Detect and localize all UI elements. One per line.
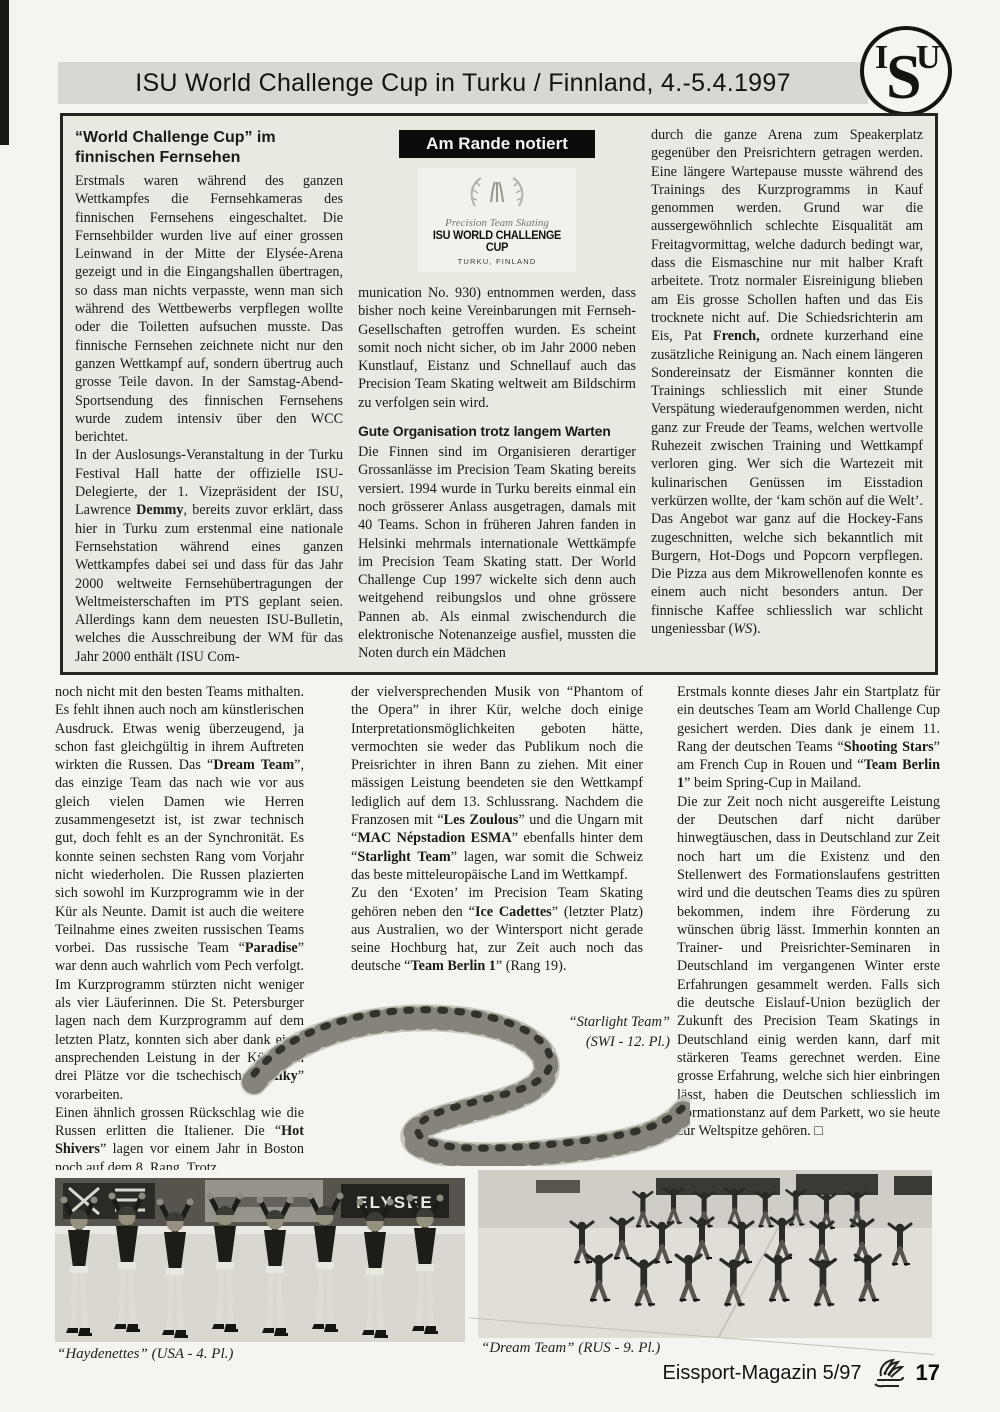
logo-title-text: ISU WORLD CHALLENGE CUP <box>426 230 569 254</box>
notebox-subheading: Gute Organisation trotz langem Warten <box>358 424 636 439</box>
skate-logo-icon <box>871 1358 907 1388</box>
paragraph: durch die ganze Arena zum Speakerplatz g… <box>651 126 923 638</box>
page-title: ISU World Challenge Cup in Turku / Finnl… <box>135 69 791 98</box>
caption-line: (SWI - 12. Pl.) <box>528 1032 670 1052</box>
page-footer: Eissport-Magazin 5/97 17 <box>540 1358 940 1388</box>
article-column-2: der vielversprechenden Musik von “Phanto… <box>351 683 643 1015</box>
paragraph: Erstmals konnte dieses Jahr ein Startpla… <box>651 683 940 793</box>
paragraph: der vielversprechenden Musik von “Phanto… <box>351 683 643 884</box>
paragraph: Die zur Zeit noch nicht ausgereifte Leis… <box>651 793 940 1141</box>
notebox-column-right: durch die ganze Arena zum Speakerplatz g… <box>651 126 923 662</box>
paragraph: munication No. 930) entnommen werden, da… <box>358 284 636 412</box>
logo-script-text: Precision Team Skating <box>422 217 572 229</box>
am-rande-notiert-banner: Am Rande notiert <box>399 130 595 158</box>
svg-text:U: U <box>916 39 941 76</box>
paragraph: Die Finnen sind im Organisieren derartig… <box>358 443 636 662</box>
page-header-bar: ISU World Challenge Cup in Turku / Finnl… <box>58 62 868 104</box>
page-number: 17 <box>916 1360 940 1386</box>
event-logo: Precision Team Skating ISU WORLD CHALLEN… <box>418 168 576 272</box>
article-column-3: Erstmals konnte dieses Jahr ein Startpla… <box>651 683 940 1155</box>
logo-location-text: TURKU, FINLAND <box>422 257 572 266</box>
magazine-page: ISU World Challenge Cup in Turku / Finnl… <box>0 0 1000 1412</box>
haydenettes-photo: ELYSEE <box>55 1178 465 1342</box>
isu-logo-icon: I S U <box>858 24 954 118</box>
magazine-name: Eissport-Magazin 5/97 <box>663 1362 862 1385</box>
notebox-heading: “World Challenge Cup” im finnischen Fern… <box>75 128 343 168</box>
caption-line: “Starlight Team” <box>528 1012 670 1032</box>
note-box: “World Challenge Cup” im finnischen Fern… <box>60 113 938 675</box>
paragraph: In der Auslosungs-Veranstaltung in der T… <box>75 446 343 662</box>
laurel-wreath-icon <box>465 176 529 210</box>
starlight-caption: “Starlight Team” (SWI - 12. Pl.) <box>528 1012 670 1052</box>
notebox-column-center: Am Rande notiert Precision Team Skating … <box>358 126 636 662</box>
paragraph: Zu den ‘Exoten’ im Precision Team Skatin… <box>351 884 643 975</box>
dream-team-caption: “Dream Team” (RUS - 9. Pl.) <box>481 1340 660 1357</box>
paragraph: Erstmals waren während des ganzen Wettka… <box>75 172 343 446</box>
haydenettes-caption: “Haydenettes” (USA - 4. Pl.) <box>57 1346 233 1363</box>
notebox-column-tv: “World Challenge Cup” im finnischen Fern… <box>75 126 343 662</box>
print-registration-mark <box>0 0 9 145</box>
dream-team-photo <box>478 1170 932 1338</box>
